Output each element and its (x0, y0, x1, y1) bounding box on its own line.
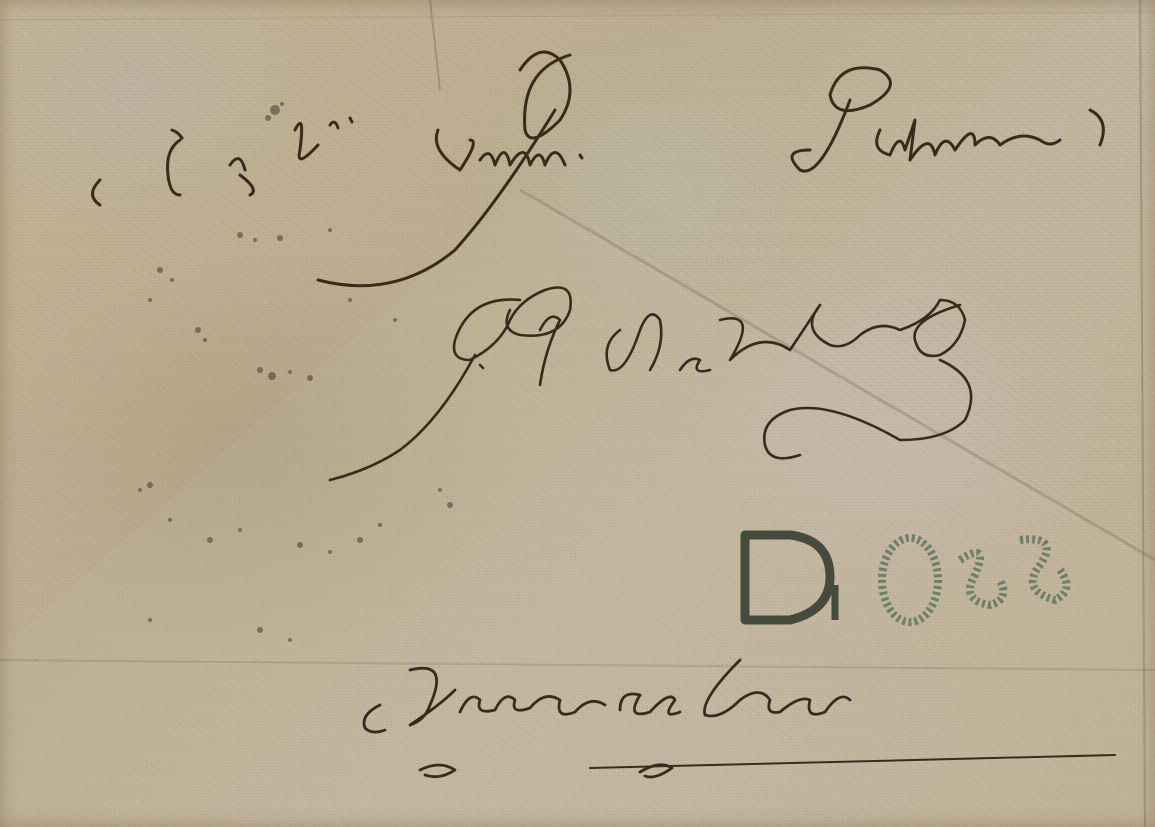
letter-cover: à Sr. D.n Juan Salvador G.de de Dios Bar… (0, 0, 1155, 827)
postmark-stamp (0, 0, 1155, 827)
